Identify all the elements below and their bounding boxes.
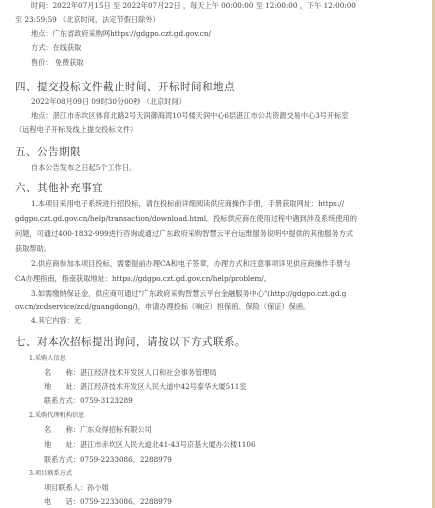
project-title: 3.项目联系方式 — [29, 469, 72, 479]
item3-line1: 3.如需缴纳保证金，供应商可通过"广东政府采购智慧云平台金融服务中心"(http… — [31, 289, 346, 299]
notice-period: 自本公告发布之日起5个工作日。 — [31, 163, 136, 173]
section7-heading: 七、对本次招标提出询问，请按以下方式联系。 — [15, 335, 246, 349]
buyer-contact: 联系方式：0759-3123289 — [44, 396, 133, 406]
buyer-name: 名 称：湛江经济技术开发区人口和社会事务管理局 — [44, 368, 217, 378]
item1-line4: 获取帮助。 — [15, 244, 51, 254]
section6-heading: 六、其他补充事宜 — [15, 181, 103, 195]
time-line: 时间：2022年07月15日 至 2022年07月22日 ，每天上午 00:00… — [31, 1, 356, 11]
item1-line1: 1.本项目采用电子系统进行招投标，请在投标前详细阅读供应商操作手册，手册获取网址… — [31, 199, 344, 209]
opening-location: 地点：湛江市赤坎区体育北路2号天润御海湾10号楼天润中心6层湛江市公共资源交易中… — [31, 111, 349, 121]
acquire-method: 方式：在线获取 — [31, 43, 81, 53]
section5-heading: 五、公告期限 — [15, 145, 81, 159]
time-value: 2022年07月15日 至 2022年07月22日 ，每天上午 00:00:00… — [53, 1, 356, 10]
deadline-time: 2022年08月09日 09时30分00秒 （北京时间） — [31, 97, 186, 107]
buyer-address: 地 址：湛江经济技术开发区人民大道中42号泰华大厦511室 — [44, 382, 247, 392]
item1-line2: gdgpo.czt.gd.gov.cn/help/transaction/dow… — [15, 214, 357, 224]
acquire-location: 地点：广东省政府采购网https://gdgpo.czt.gd.gov.cn/ — [31, 29, 211, 39]
item1-line3: 问题，可通过400-1832-999进行咨询或通过广东政府采购智慧云平台运维服务… — [15, 229, 353, 239]
agency-contact: 联系方式：0759-2233086、2288979 — [44, 455, 172, 465]
item2-line2: CA办理指南，指南获取地址：https://gdgpo.czt.gd.gov.c… — [15, 274, 271, 284]
item2-line1: 2.供应商参加本项目投标，需要提前办理CA和电子签章，办理方式和注意事项详见供应… — [31, 259, 350, 269]
agency-title: 2.采购代理机构信息 — [29, 411, 84, 421]
opening-location-cont: （远程电子开标及线上提交投标文件） — [15, 125, 137, 135]
agency-address: 地 址：湛江市赤坎区人民大道北41-43号京基大厦办公楼1106 — [44, 440, 256, 450]
project-person: 项目联系人：孙小姐 — [44, 483, 109, 493]
time-continuation: 至 23:59:59 （北京时间，法定节假日除外） — [15, 15, 160, 25]
time-label: 时间： — [31, 1, 53, 10]
project-phone: 电 话：0759-2233086、2288979 — [44, 497, 172, 507]
item3-line2: ov.cn/zcdservice/zcd/guangdong/)，申请办理投标（… — [15, 302, 310, 312]
agency-name: 名 称：广东众得招标有限公司 — [44, 425, 152, 435]
acquire-price: 售价： 免费获取 — [31, 58, 84, 68]
item4: 4.其它内容：无 — [31, 316, 81, 326]
buyer-title: 1.采购人信息 — [29, 354, 66, 364]
section4-heading: 四、提交投标文件截止时间、开标时间和地点 — [15, 80, 235, 94]
